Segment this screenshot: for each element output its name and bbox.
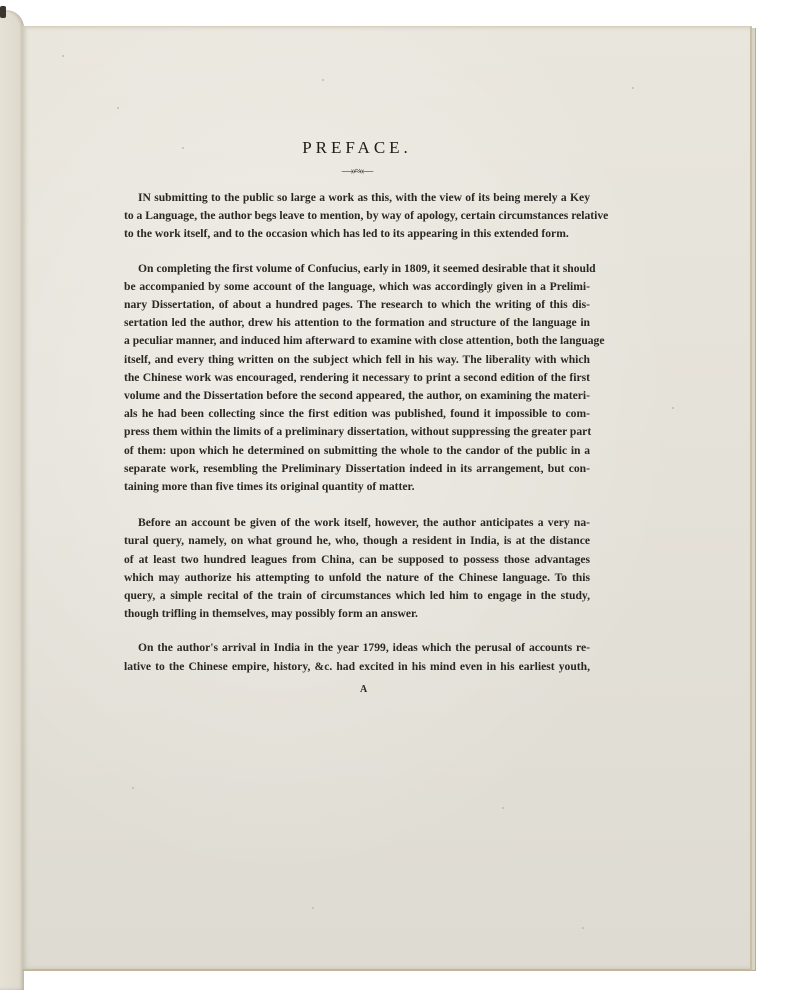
paper-speck	[582, 927, 584, 929]
text-line: itself, and every thing written on the s…	[124, 351, 590, 369]
text-line: als he had been collecting since the fir…	[124, 405, 590, 423]
paragraph-3: Before an account be given of the work i…	[124, 514, 590, 623]
text-line: a peculiar manner, and induced him after…	[124, 332, 590, 350]
text-line: to a Language, the author begs leave to …	[124, 207, 590, 225]
text-line: the Chinese work was encouraged, renderi…	[124, 369, 590, 387]
paragraph-1: IN submitting to the public so large a w…	[124, 189, 590, 244]
text-line: IN submitting to the public so large a w…	[124, 189, 590, 207]
ornament-divider: —»≈«—	[124, 165, 590, 179]
page-title: PREFACE.	[124, 137, 590, 159]
text-line: to the work itself, and to the occasion …	[124, 225, 590, 243]
text-line: On the author's arrival in India in the …	[124, 639, 590, 657]
paragraph-2: On completing the first volume of Confuc…	[124, 260, 590, 497]
paragraph-4: On the author's arrival in India in the …	[124, 639, 590, 675]
text-line: be accompanied by some account of the la…	[124, 278, 590, 296]
text-line: Before an account be given of the work i…	[124, 514, 590, 532]
text-line: of them: upon which he determined on sub…	[124, 442, 590, 460]
text-line: sertation led the author, drew his atten…	[124, 314, 590, 332]
bookmark-ribbon	[0, 6, 6, 18]
text-line: nary Dissertation, of about a hundred pa…	[124, 296, 590, 314]
text-line: of at least two hundred leagues from Chi…	[124, 551, 590, 569]
text-line: press them within the limits of a prelim…	[124, 423, 590, 441]
text-line: taining more than five times its origina…	[124, 478, 590, 496]
paper-speck	[132, 787, 134, 789]
signature-mark: A	[360, 684, 367, 695]
text-line: query, a simple recital of the train of …	[124, 587, 590, 605]
left-page-edge	[0, 10, 24, 990]
text-line: lative to the Chinese empire, history, &…	[124, 658, 590, 676]
preface-content: PREFACE. —»≈«— IN submitting to the publ…	[124, 137, 590, 693]
paper-speck	[322, 79, 324, 81]
paper-speck	[312, 907, 314, 909]
text-line: On completing the first volume of Confuc…	[124, 260, 590, 278]
text-line: though trifling in themselves, may possi…	[124, 605, 590, 623]
paper-speck	[117, 107, 119, 109]
paper-speck	[502, 807, 504, 809]
paper-speck	[672, 407, 674, 409]
paper-speck	[632, 87, 634, 89]
text-line: which may authorize his attempting to un…	[124, 569, 590, 587]
text-line: separate work, resembling the Preliminar…	[124, 460, 590, 478]
text-line: tural query, namely, on what ground he, …	[124, 532, 590, 550]
text-line: volume and the Dissertation before the s…	[124, 387, 590, 405]
paper-speck	[62, 55, 64, 57]
